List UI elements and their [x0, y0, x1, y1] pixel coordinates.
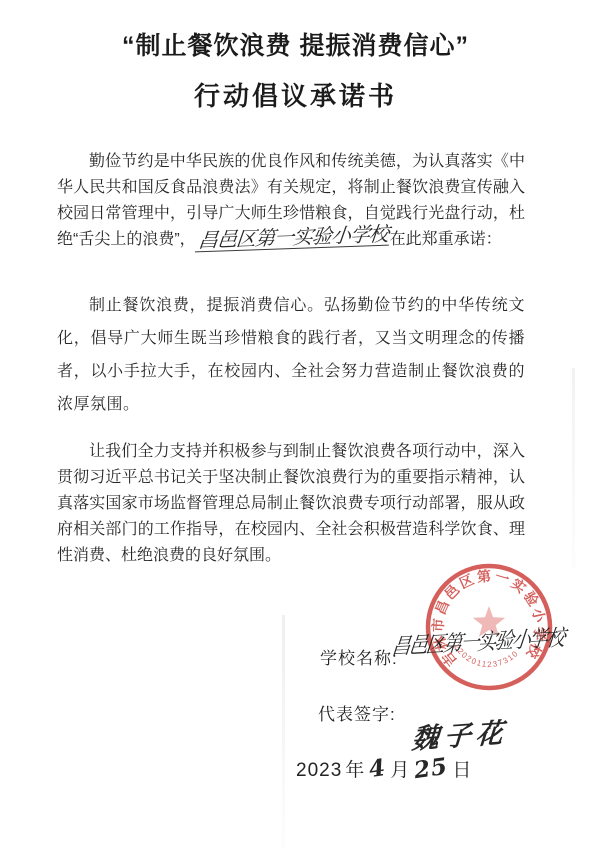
- date-line: 2023年4月25日: [296, 755, 475, 782]
- document-page: “制止餐饮浪费 提振消费信心” 行动倡议承诺书 勤俭节约是中华民族的优良作风和传…: [0, 0, 591, 849]
- handwritten-school-name-inline: 昌邑区第一实验小学校: [195, 225, 391, 253]
- school-name-label: 学校名称:: [320, 644, 398, 669]
- handwritten-day-number: 25: [413, 753, 450, 784]
- representative-signature-label: 代表签字:: [318, 700, 396, 725]
- body-paragraph-2: 制止餐饮浪费，提振消费信心。弘扬勤俭节约的中华传统文化，倡导广大师生既当珍惜粮食…: [57, 289, 525, 421]
- handwritten-signature: 魏子花: [411, 711, 510, 757]
- body-paragraph-1: 勤俭节约是中华民族的优良作风和传统美德，为认真落实《中华人民共和国反食品浪费法》…: [57, 149, 525, 253]
- document-title-line1: “制止餐饮浪费 提振消费信心”: [0, 26, 591, 62]
- body-paragraph-3: 让我们全力支持并积极参与到制止餐饮浪费各项行动中，深入贯彻习近平总书记关于坚决制…: [57, 439, 525, 569]
- handwritten-month-number: 4: [368, 754, 389, 783]
- document-title-line2: 行动倡议承诺书: [0, 76, 591, 113]
- date-month-unit: 月: [390, 760, 410, 781]
- date-year-unit: 年: [345, 760, 365, 781]
- scan-artifact-streak: [282, 615, 285, 849]
- scan-artifact-streak: [572, 368, 575, 568]
- paragraph1-tail-text: 在此郑重承诺：: [390, 231, 502, 248]
- date-day-unit: 日: [452, 760, 472, 781]
- date-year: 2023: [296, 760, 342, 781]
